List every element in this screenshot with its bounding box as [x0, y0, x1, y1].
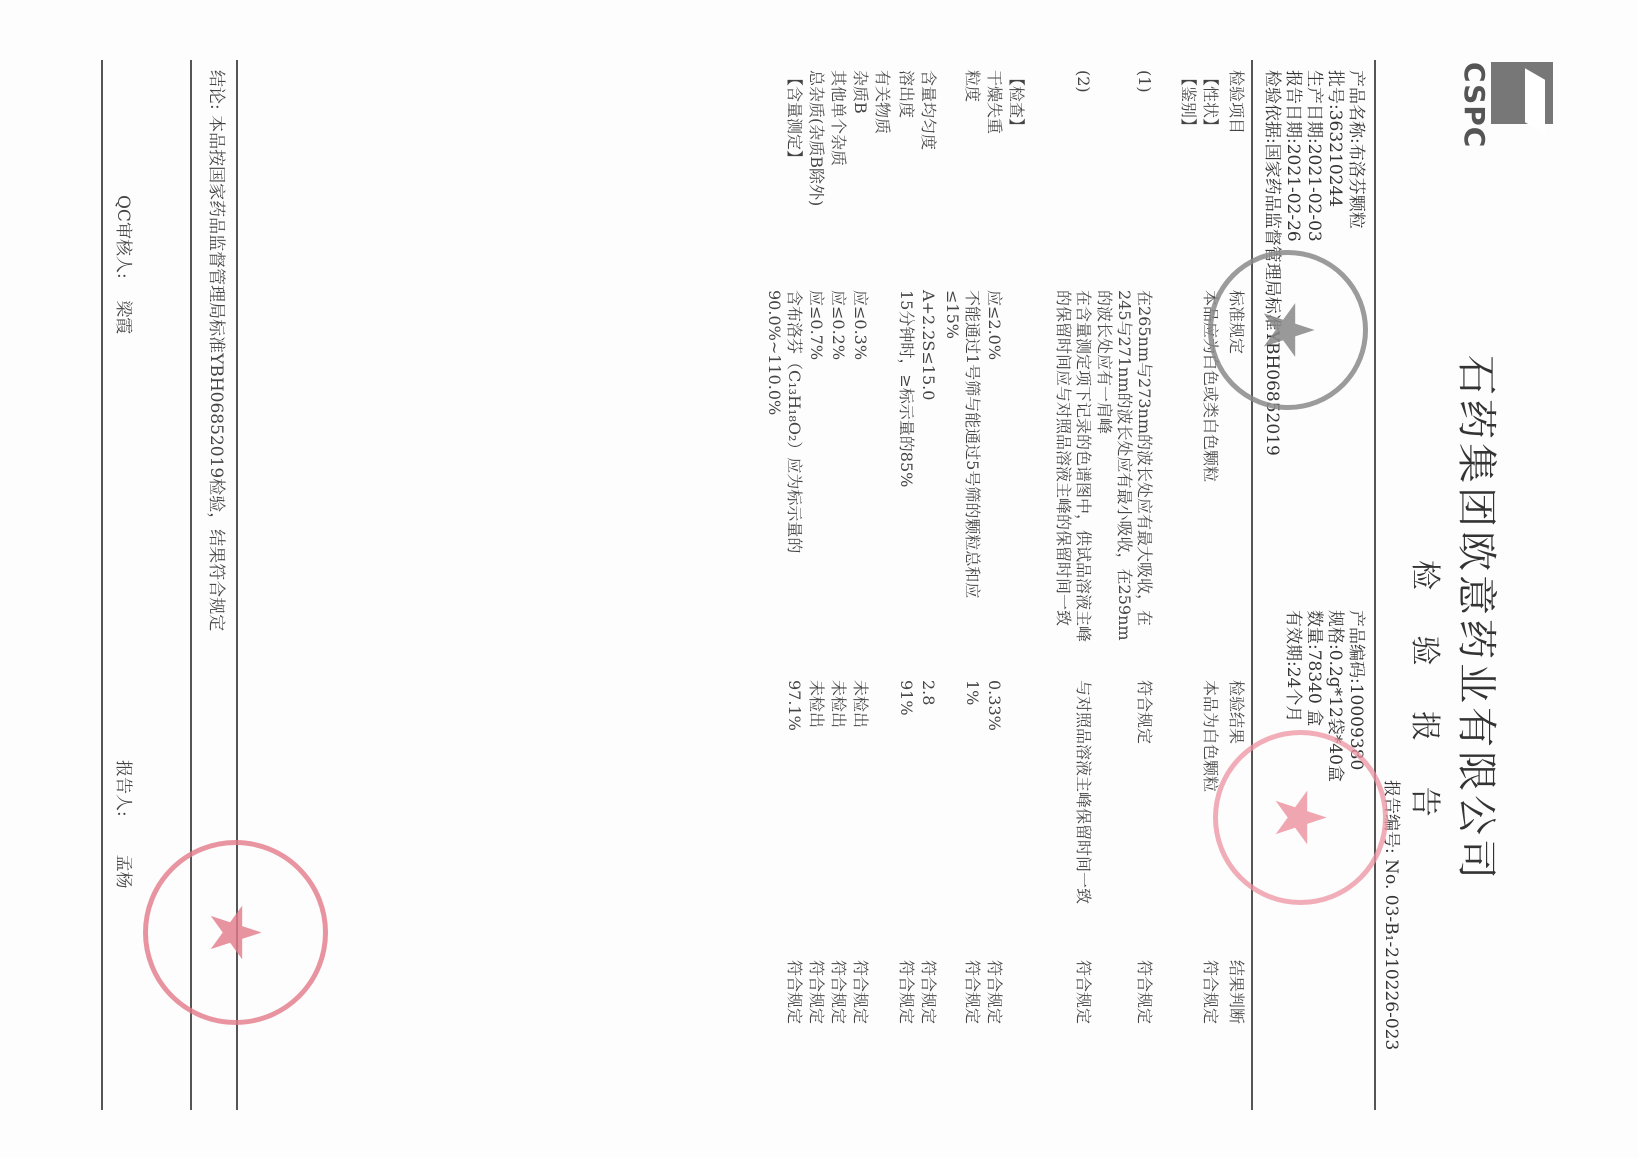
row-item: 【检查】	[1006, 70, 1026, 134]
row-item: 总杂质(杂质B除外)	[806, 70, 826, 206]
qc-reviewer: QC审核人: 梁霞	[113, 195, 133, 334]
quality-stamp: ★	[143, 840, 328, 1025]
row-item: (2)	[1073, 70, 1093, 93]
row-standard: 应≤0.2%	[828, 290, 848, 645]
row-item: 【鉴别】	[1178, 70, 1198, 134]
col-header-judgment: 结果判断	[1226, 960, 1246, 1024]
row-judgment: 符合规定	[984, 960, 1004, 1024]
customer-stamp: ★	[1213, 730, 1388, 905]
row-judgment: 符合规定	[1134, 960, 1154, 1024]
row-item: 【含量测定】	[784, 70, 804, 166]
header-bottom-rule	[1252, 60, 1254, 1110]
inspection-stamp: ★	[1208, 250, 1368, 410]
row-result: 97.1%	[784, 680, 804, 930]
row-standard: 15分钟时，≥标示量的85%	[896, 290, 916, 645]
row-item: 杂质B	[850, 70, 870, 114]
row-standard: 在含量测定项下记录的色谱图中，供试品溶液主峰的保留时间应与对照品溶液主峰的保留时…	[1053, 290, 1093, 645]
row-judgment: 符合规定	[850, 960, 870, 1024]
row-judgment: 符合规定	[918, 960, 938, 1024]
row-judgment: 符合规定	[1073, 960, 1093, 1024]
col-header-result: 检验结果	[1226, 680, 1246, 744]
company-title: 石药集团欧意药业有限公司	[1451, 355, 1508, 883]
inspection-report-page: CSPC 石药集团欧意药业有限公司 检 验 报 告 报告编号: No. 03-B…	[0, 0, 1638, 1158]
row-result: 1%	[962, 680, 982, 930]
row-item: (1)	[1134, 70, 1154, 93]
row-item: 有关物质	[872, 70, 892, 134]
row-result: 未检出	[828, 680, 848, 930]
row-result: 未检出	[850, 680, 870, 930]
report-subtitle: 检 验 报 告	[1406, 560, 1450, 835]
row-result: 2.8	[918, 680, 938, 930]
logo-text: CSPC	[1458, 62, 1491, 148]
logo-mark-icon	[1491, 62, 1553, 124]
row-judgment: 符合规定	[784, 960, 804, 1024]
row-item: 粒度	[962, 70, 982, 102]
conclusion: 结论: 本品按国家药品监督管理局标准YBH06852019检验，结果符合规定	[206, 70, 226, 631]
conclusion-label: 结论:	[206, 70, 226, 110]
row-standard: 在265nm与273nm的波长处应有最大吸收，在245与271nm的波长处应有最…	[1094, 290, 1154, 645]
row-item: 干燥失重	[984, 70, 1004, 134]
row-result: 91%	[896, 680, 916, 930]
reporter: 报告人: 孟杨	[113, 760, 133, 889]
star-icon: ★	[1253, 299, 1323, 362]
star-icon: ★	[201, 901, 271, 964]
signature-rule	[102, 60, 104, 1110]
row-standard: 应≤2.0%	[984, 290, 1004, 645]
row-standard: 不能通过1号筛与能通过5号筛的颗粒总和应≤15%	[942, 290, 982, 645]
row-judgment: 符合规定	[962, 960, 982, 1024]
row-result: 未检出	[806, 680, 826, 930]
row-judgment: 符合规定	[828, 960, 848, 1024]
conclusion-text: 本品按国家药品监督管理局标准YBH06852019检验，结果符合规定	[206, 115, 226, 631]
row-judgment: 符合规定	[806, 960, 826, 1024]
cspc-logo: CSPC	[1453, 62, 1553, 162]
row-standard: 应≤0.7%	[806, 290, 826, 645]
row-standard: A+2.2S≤15.0	[918, 290, 938, 645]
star-icon: ★	[1266, 786, 1336, 849]
row-item: 【性状】	[1200, 70, 1220, 134]
product-name-row: 产品名称:布洛芬颗粒	[1345, 70, 1366, 456]
row-item: 溶出度	[896, 70, 916, 118]
row-item: 其他单个杂质	[828, 70, 848, 166]
row-judgment: 符合规定	[896, 960, 916, 1024]
row-result: 与对照品溶液主峰保留时间一致	[1073, 680, 1093, 930]
header-top-rule	[1375, 60, 1377, 1110]
row-standard: 含布洛芬（C₁₃H₁₈O₂）应为标示量的90.0%~110.0%	[764, 290, 804, 645]
row-item: 含量均匀度	[918, 70, 938, 150]
row-result: 0.33%	[984, 680, 1004, 930]
row-result: 符合规定	[1134, 680, 1154, 930]
col-header-item: 检验项目	[1226, 70, 1246, 134]
report-number-value: No. 03-B₁-210226-023	[1381, 859, 1401, 1050]
row-standard: 应≤0.3%	[850, 290, 870, 645]
row-judgment: 符合规定	[1200, 960, 1220, 1024]
